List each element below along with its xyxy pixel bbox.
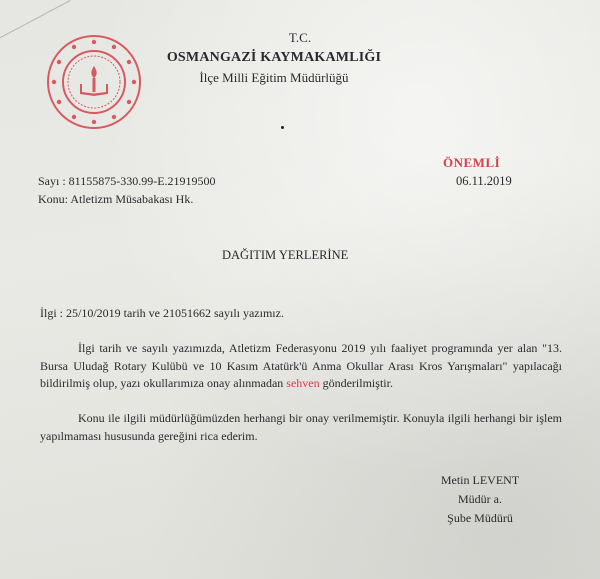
ink-dot [281,126,284,129]
institution-name: OSMANGAZİ KAYMAKAMLIĞI [0,50,574,66]
paragraph-1-end: gönderilmiştir. [320,376,393,390]
country-label: T.C. [0,30,600,46]
signatory-on-behalf: Müdür a. [420,492,540,507]
body-paragraph-1: İlgi tarih ve sayılı yazımızda, Atletizm… [40,340,562,393]
priority-label: ÖNEMLİ [443,155,500,171]
document-date: 06.11.2019 [456,174,512,189]
unit-name: İlçe Milli Eğitim Müdürlüğü [0,70,574,86]
signatory-title: Şube Müdürü [420,511,540,526]
body-paragraph-2: Konu ile ilgili müdürlüğümüzden herhangi… [40,410,562,445]
recipient-heading: DAĞITIM YERLERİNE [222,248,348,263]
document-number: Sayı : 81155875-330.99-E.21919500 [38,174,216,189]
document-subject: Konu: Atletizm Müsabakası Hk. [38,192,193,207]
document-photo: T.C. OSMANGAZİ KAYMAKAMLIĞI İlçe Milli E… [0,0,600,579]
signatory-name: Metin LEVENT [420,473,540,488]
reference-line: İlgi : 25/10/2019 tarih ve 21051662 sayı… [40,306,284,321]
highlighted-word: sehven [286,376,319,390]
